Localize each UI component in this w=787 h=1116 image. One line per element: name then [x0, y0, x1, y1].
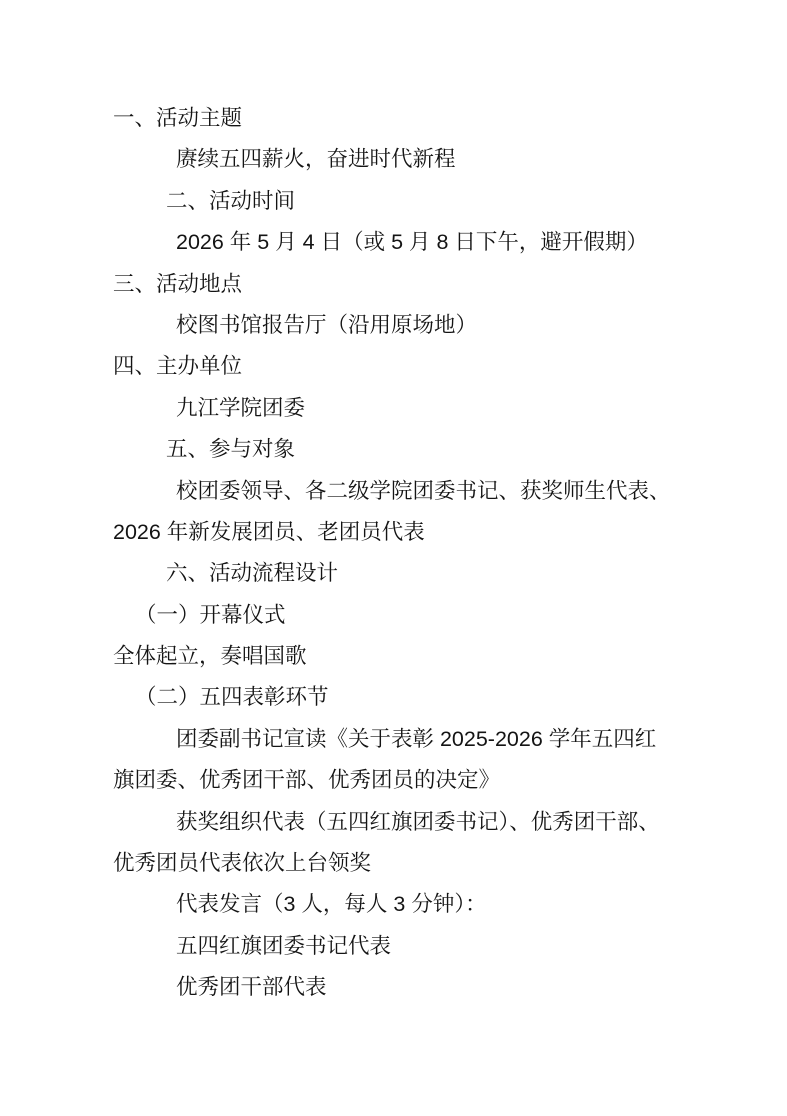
document-page: 一、活动主题赓续五四薪火，奋进时代新程二、活动时间2026 年 5 月 4 日（… [0, 0, 787, 1116]
doc-line-4: 2026 年 5 月 4 日（或 5 月 8 日下午，避开假期） [113, 222, 679, 263]
doc-line-17: 旗团委、优秀团干部、优秀团员的决定》 [113, 760, 679, 801]
doc-line-19: 优秀团员代表依次上台领奖 [113, 843, 679, 884]
doc-line-13: （一）开幕仪式 [113, 595, 679, 636]
doc-line-9: 五、参与对象 [113, 429, 679, 470]
doc-line-7: 四、主办单位 [113, 346, 679, 387]
doc-line-20: 代表发言（3 人，每人 3 分钟）： [113, 884, 679, 925]
document-text-block: 一、活动主题赓续五四薪火，奋进时代新程二、活动时间2026 年 5 月 4 日（… [113, 98, 679, 1009]
doc-line-16: 团委副书记宣读《关于表彰 2025-2026 学年五四红 [113, 719, 679, 760]
doc-line-10: 校团委领导、各二级学院团委书记、获奖师生代表、 [113, 471, 679, 512]
doc-line-15: （二）五四表彰环节 [113, 677, 679, 718]
doc-line-18: 获奖组织代表（五四红旗团委书记）、优秀团干部、 [113, 802, 679, 843]
doc-line-2: 赓续五四薪火，奋进时代新程 [113, 139, 679, 180]
doc-line-5: 三、活动地点 [113, 264, 679, 305]
doc-line-14: 全体起立，奏唱国歌 [113, 636, 679, 677]
doc-line-11: 2026 年新发展团员、老团员代表 [113, 512, 679, 553]
doc-line-6: 校图书馆报告厅（沿用原场地） [113, 305, 679, 346]
doc-line-21: 五四红旗团委书记代表 [113, 926, 679, 967]
doc-line-8: 九江学院团委 [113, 388, 679, 429]
doc-line-3: 二、活动时间 [113, 181, 679, 222]
doc-line-22: 优秀团干部代表 [113, 967, 679, 1008]
doc-line-12: 六、活动流程设计 [113, 553, 679, 594]
doc-line-1: 一、活动主题 [113, 98, 679, 139]
